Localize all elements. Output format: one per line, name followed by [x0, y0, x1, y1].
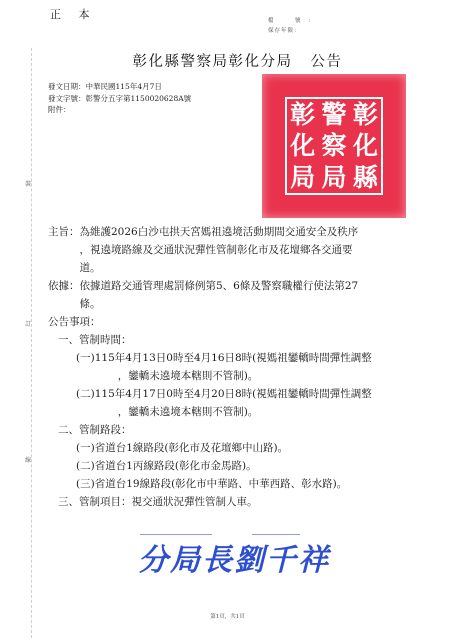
seal-char: 警 — [318, 99, 349, 130]
list-item: (二) 省道台1丙線路段(彰化市金馬路)。 — [48, 457, 428, 475]
list-item: (一) 省道台1線路段(彰化市及花壇鄉中山路)。 — [48, 439, 428, 457]
item-line: 省道台19線路段(彰化市中華路、中華西路、彰水路)。 — [95, 475, 428, 493]
basis-line: 依據道路交通管理處罰條例第5、6條及警察職權行使法第27 — [80, 277, 429, 295]
item-marker: (二) — [76, 457, 95, 475]
attachment-label: 附件： — [48, 105, 71, 114]
item-content: 115年4月17日0時至4月20日8時(視媽祖鑾轎時間彈性調整 ，鑾轎未遶境本轄… — [95, 385, 428, 421]
list-item: (一) 115年4月13日0時至4月16日8時(視媽祖鑾轎時間彈性調整 ，鑾轎未… — [48, 349, 428, 385]
item-marker: (一) — [76, 349, 95, 385]
attachment-row: 附件： — [48, 104, 191, 116]
basis-label: 依據： — [48, 277, 80, 313]
seal-char: 化 — [350, 130, 381, 161]
list-item: (三) 省道台19線路段(彰化市中華路、中華西路、彰水路)。 — [48, 475, 428, 493]
item-content: 省道台1線路段(彰化市及花壇鄉中山路)。 — [95, 439, 428, 457]
seal-char: 局 — [318, 162, 349, 193]
binding-mark-zhuang: 裝 — [25, 178, 31, 189]
subject-line: 為維護2026白沙屯拱天宮媽祖遶境活動期間交通安全及秩序 — [80, 223, 429, 241]
page-title: 彰化縣警察局彰化分局公告 — [0, 50, 455, 71]
item-content: 省道台1丙線路段(彰化市金馬路)。 — [95, 457, 428, 475]
subject-paragraph: 主旨： 為維護2026白沙屯拱天宮媽祖遶境活動期間交通安全及秩序 ，視遶境路線及… — [48, 223, 428, 277]
item-line: 115年4月13日0時至4月16日8時(視媽祖鑾轎時間彈性調整 — [95, 349, 428, 367]
subject-line: ，視遶境路線及交通狀況彈性管制彰化市及花壇鄉各交通要 — [80, 241, 429, 259]
issue-no-row: 發文字號：彰警分五字第1150020628A號 — [48, 93, 191, 105]
item-marker: (二) — [76, 385, 95, 421]
item-line: ，鑾轎未遶境本轄則不管制)。 — [95, 367, 428, 385]
seal-char: 彰 — [350, 99, 381, 130]
issue-no-value: 彰警分五字第1150020628A號 — [86, 94, 192, 103]
item-line: ，鑾轎未遶境本轄則不管制)。 — [95, 403, 428, 421]
official-seal: 彰 警 彰 化 察 化 縣 局 局 — [262, 74, 406, 218]
notice-label: 公告事項： — [48, 313, 428, 331]
seal-char: 察 — [318, 130, 349, 161]
issue-date-label: 發文日期： — [48, 82, 86, 91]
notice-body: 主旨： 為維護2026白沙屯拱天宮媽祖遶境活動期間交通安全及秩序 ，視遶境路線及… — [48, 223, 428, 511]
retention-row: 保存年限： — [268, 26, 322, 36]
subject-label: 主旨： — [48, 223, 80, 277]
basis-paragraph: 依據： 依據道路交通管理處罰條例第5、6條及警察職權行使法第27 條。 — [48, 277, 428, 313]
seal-char: 彰 — [287, 99, 318, 130]
issue-date-row: 發文日期：中華民國115年4月7日 — [48, 81, 191, 93]
binding-mark-xian: 線 — [25, 454, 31, 465]
basis-line: 條。 — [80, 295, 429, 313]
seal-char: 局 — [287, 162, 318, 193]
item-line: 省道台1線路段(彰化市及花壇鄉中山路)。 — [95, 439, 428, 457]
binding-line — [31, 48, 32, 638]
file-meta: 檔 號： 保存年限： — [268, 16, 322, 36]
title-type: 公告 — [311, 54, 343, 70]
item-line: 115年4月17日0時至4月20日8時(視媽祖鑾轎時間彈性調整 — [95, 385, 428, 403]
seal-char: 縣 — [350, 162, 381, 193]
item-content: 省道台19線路段(彰化市中華路、中華西路、彰水路)。 — [95, 475, 428, 493]
issue-date-value: 中華民國115年4月7日 — [86, 82, 162, 91]
issue-info: 發文日期：中華民國115年4月7日 發文字號：彰警分五字第1150020628A… — [48, 81, 191, 116]
seal-char: 化 — [287, 130, 318, 161]
item-marker: (三) — [76, 475, 95, 493]
signature: 分局長劉千祥 — [138, 535, 330, 579]
item-line: 省道台1丙線路段(彰化市金馬路)。 — [95, 457, 428, 475]
list-item: (二) 115年4月17日0時至4月20日8時(視媽祖鑾轎時間彈性調整 ，鑾轎未… — [48, 385, 428, 421]
subject-line: 道。 — [80, 259, 429, 277]
page-number: 第1頁，共1頁 — [0, 612, 455, 620]
seal-character-grid: 彰 警 彰 化 察 化 縣 局 局 — [285, 97, 383, 195]
item-marker: (一) — [76, 439, 95, 457]
title-org: 彰化縣警察局彰化分局 — [133, 54, 293, 70]
section-heading: 一、管制時間： — [48, 331, 428, 349]
subject-content: 為維護2026白沙屯拱天宮媽祖遶境活動期間交通安全及秩序 ，視遶境路線及交通狀況… — [80, 223, 429, 277]
basis-content: 依據道路交通管理處罰條例第5、6條及警察職權行使法第27 條。 — [80, 277, 429, 313]
section-heading: 三、管制項目：視交通狀況彈性管制人車。 — [48, 493, 428, 511]
item-content: 115年4月13日0時至4月16日8時(視媽祖鑾轎時間彈性調整 ，鑾轎未遶境本轄… — [95, 349, 428, 385]
issue-no-label: 發文字號： — [48, 94, 86, 103]
retention-label: 保存年限： — [268, 26, 301, 36]
file-no-row: 檔 號： — [268, 16, 322, 26]
section-heading: 二、管制路段： — [48, 421, 428, 439]
copy-label: 正 本 — [50, 6, 97, 22]
document-page: 正 本 檔 號： 保存年限： 裝 訂 線 彰化縣警察局彰化分局公告 發文日期：中… — [0, 0, 455, 642]
binding-mark-ding: 訂 — [25, 318, 31, 329]
file-no-label: 檔 號： — [268, 16, 322, 26]
